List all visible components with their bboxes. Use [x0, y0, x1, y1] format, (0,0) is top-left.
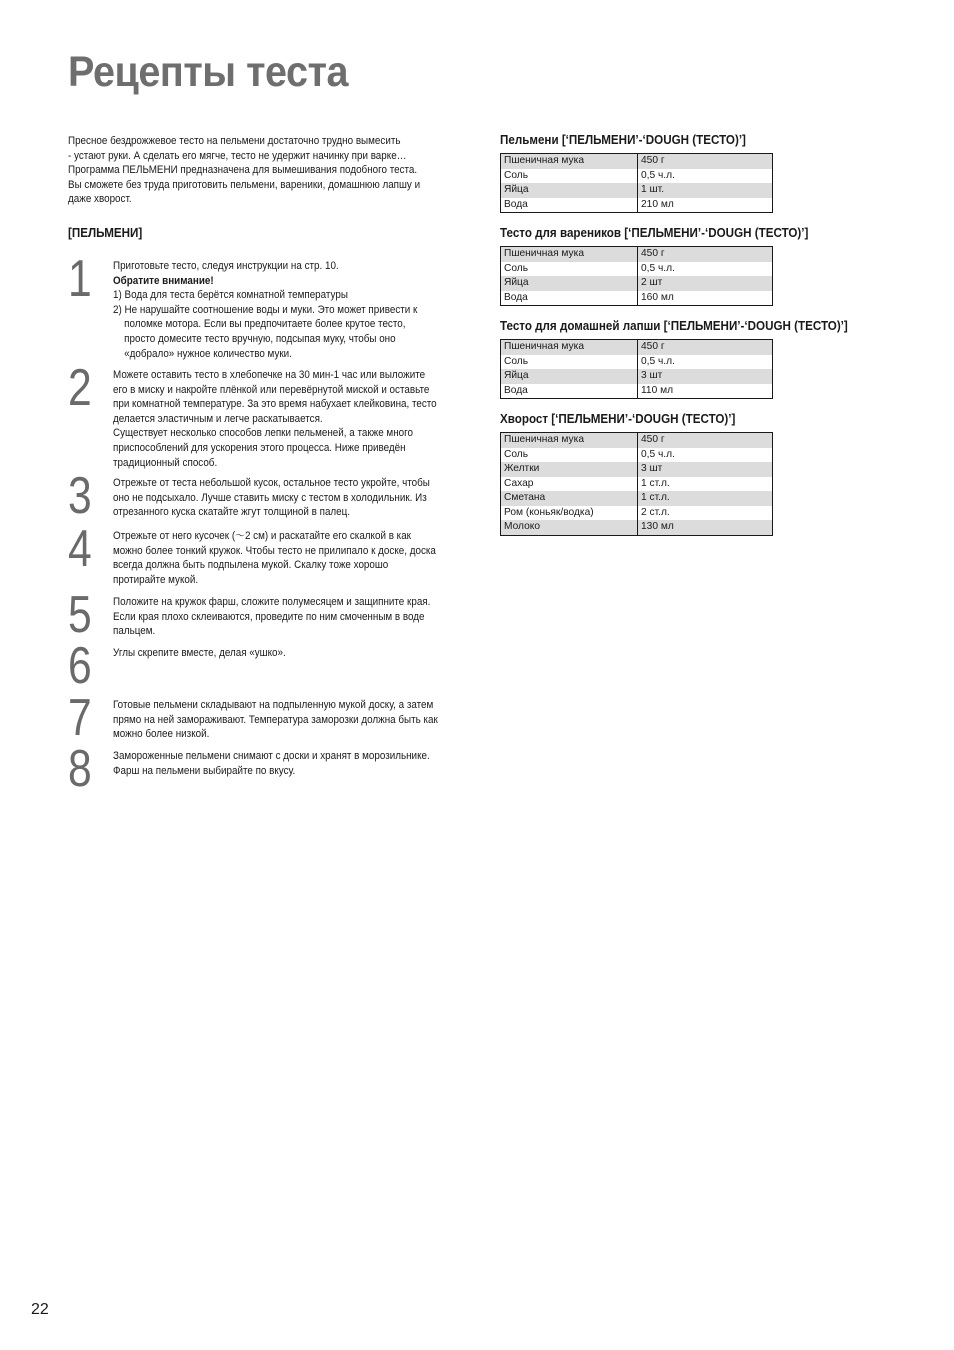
table-row: Молоко130 мл [501, 520, 773, 535]
intro-line: Пресное бездрожжевое тесто на пельмени д… [68, 134, 431, 149]
step-text: Можете оставить тесто в хлебопечке на 30… [113, 368, 439, 470]
step-line: Положите на кружок фарш, сложите полумес… [113, 595, 439, 639]
ingredient-name: Ром (коньяк/водка) [501, 506, 638, 521]
step-text: Отрежьте от теста небольшой кусок, остал… [113, 476, 439, 520]
ingredient-amount: 3 шт [638, 369, 773, 384]
recipe-block: Хворост [‘ПЕЛЬМЕНИ’-‘DOUGH (ТЕСТО)’]Пшен… [500, 412, 920, 536]
ingredient-amount: 1 ст.л. [638, 491, 773, 506]
table-row: Пшеничная мука450 г [501, 340, 773, 355]
ingredient-amount: 450 г [638, 247, 773, 262]
table-row: Желтки3 шт [501, 462, 773, 477]
ingredient-amount: 110 мл [638, 384, 773, 399]
intro-line: даже хворост. [68, 192, 431, 207]
step-text: Положите на кружок фарш, сложите полумес… [113, 595, 439, 639]
section-title: [ПЕЛЬМЕНИ] [68, 226, 142, 240]
recipe-title: Тесто для вареников [‘ПЕЛЬМЕНИ’-‘DOUGH (… [500, 226, 891, 242]
step-text: Готовые пельмени складывают на подпыленн… [113, 698, 439, 742]
table-row: Пшеничная мука450 г [501, 154, 773, 169]
ingredient-amount: 130 мл [638, 520, 773, 535]
ingredient-name: Соль [501, 355, 638, 370]
table-row: Соль0,5 ч.л. [501, 448, 773, 463]
page-title: Рецепты теста [68, 48, 348, 97]
ingredient-amount: 3 шт [638, 462, 773, 477]
step-number: 4 [68, 523, 92, 575]
step-number: 7 [68, 692, 92, 744]
step-text: Отрежьте от него кусочек (～2 см) и раска… [113, 529, 439, 587]
intro-line: - устают руки. А сделать его мягче, тест… [68, 149, 431, 164]
ingredient-amount: 2 шт [638, 276, 773, 291]
ingredients-table: Пшеничная мука450 гСоль0,5 ч.л.Яйца2 штВ… [500, 246, 773, 306]
ingredient-amount: 0,5 ч.л. [638, 448, 773, 463]
ingredients-table: Пшеничная мука450 гСоль0,5 ч.л.Желтки3 ш… [500, 432, 773, 536]
step-line: Существует несколько способов лепки пель… [113, 426, 439, 470]
ingredient-name: Вода [501, 384, 638, 399]
step-text: Приготовьте тесто, следуя инструкции на … [113, 259, 439, 361]
ingredient-name: Пшеничная мука [501, 247, 638, 262]
ingredient-name: Соль [501, 262, 638, 277]
page-number: 22 [31, 1301, 49, 1319]
ingredient-amount: 0,5 ч.л. [638, 262, 773, 277]
step-number: 1 [68, 253, 92, 305]
step-line: Можете оставить тесто в хлебопечке на 30… [113, 368, 439, 426]
table-row: Сметана1 ст.л. [501, 491, 773, 506]
table-row: Яйца2 шт [501, 276, 773, 291]
table-row: Соль0,5 ч.л. [501, 169, 773, 184]
step-text: Замороженные пельмени снимают с доски и … [113, 749, 439, 778]
ingredient-name: Яйца [501, 183, 638, 198]
table-row: Ром (коньяк/водка)2 ст.л. [501, 506, 773, 521]
step-number: 3 [68, 470, 92, 522]
step-line: Обратите внимание! [113, 274, 439, 289]
step-line: Замороженные пельмени снимают с доски и … [113, 749, 439, 778]
step-line: Отрежьте от него кусочек (～2 см) и раска… [113, 529, 439, 587]
step-number: 5 [68, 589, 92, 641]
step-number: 6 [68, 640, 92, 692]
ingredient-name: Пшеничная мука [501, 154, 638, 169]
ingredient-amount: 1 шт. [638, 183, 773, 198]
ingredients-table: Пшеничная мука450 гСоль0,5 ч.л.Яйца1 шт.… [500, 153, 773, 213]
table-row: Вода160 мл [501, 291, 773, 306]
recipe-block: Тесто для вареников [‘ПЕЛЬМЕНИ’-‘DOUGH (… [500, 226, 920, 306]
table-row: Сахар1 ст.л. [501, 477, 773, 492]
ingredient-name: Соль [501, 169, 638, 184]
table-row: Пшеничная мука450 г [501, 247, 773, 262]
table-row: Яйца3 шт [501, 369, 773, 384]
ingredient-name: Вода [501, 198, 638, 213]
ingredient-name: Сметана [501, 491, 638, 506]
ingredient-name: Сахар [501, 477, 638, 492]
step-text: Углы скрепите вместе, делая «ушко». [113, 646, 439, 661]
table-row: Яйца1 шт. [501, 183, 773, 198]
table-row: Соль0,5 ч.л. [501, 262, 773, 277]
recipe-block: Пельмени [‘ПЕЛЬМЕНИ’-‘DOUGH (ТЕСТО)’]Пше… [500, 133, 920, 213]
ingredient-name: Молоко [501, 520, 638, 535]
ingredient-amount: 450 г [638, 340, 773, 355]
ingredient-name: Соль [501, 448, 638, 463]
ingredient-name: Пшеничная мука [501, 340, 638, 355]
ingredient-amount: 1 ст.л. [638, 477, 773, 492]
ingredients-table: Пшеничная мука450 гСоль0,5 ч.л.Яйца3 штВ… [500, 339, 773, 399]
intro-line: Программа ПЕЛЬМЕНИ предназначена для вым… [68, 163, 431, 178]
step-number: 8 [68, 743, 92, 795]
recipe-block: Тесто для домашней лапши [‘ПЕЛЬМЕНИ’-‘DO… [500, 319, 920, 399]
intro-line: Вы сможете без труда приготовить пельмен… [68, 178, 431, 193]
ingredient-amount: 2 ст.л. [638, 506, 773, 521]
ingredient-name: Вода [501, 291, 638, 306]
table-row: Пшеничная мука450 г [501, 433, 773, 448]
ingredient-name: Желтки [501, 462, 638, 477]
ingredient-name: Яйца [501, 276, 638, 291]
recipe-title: Пельмени [‘ПЕЛЬМЕНИ’-‘DOUGH (ТЕСТО)’] [500, 133, 891, 149]
step-line: 2) Не нарушайте соотношение воды и муки.… [113, 303, 439, 361]
ingredient-amount: 0,5 ч.л. [638, 355, 773, 370]
ingredient-amount: 450 г [638, 433, 773, 448]
ingredient-name: Пшеничная мука [501, 433, 638, 448]
step-line: Готовые пельмени складывают на подпыленн… [113, 698, 439, 742]
step-line: Приготовьте тесто, следуя инструкции на … [113, 259, 439, 274]
ingredient-name: Яйца [501, 369, 638, 384]
ingredient-amount: 210 мл [638, 198, 773, 213]
step-line: Углы скрепите вместе, делая «ушко». [113, 646, 439, 661]
ingredient-amount: 0,5 ч.л. [638, 169, 773, 184]
step-number: 2 [68, 362, 92, 414]
step-line: 1) Вода для теста берётся комнатной темп… [113, 288, 439, 303]
step-line: Отрежьте от теста небольшой кусок, остал… [113, 476, 439, 520]
recipe-title: Хворост [‘ПЕЛЬМЕНИ’-‘DOUGH (ТЕСТО)’] [500, 412, 891, 428]
table-row: Вода210 мл [501, 198, 773, 213]
table-row: Вода110 мл [501, 384, 773, 399]
ingredient-amount: 160 мл [638, 291, 773, 306]
recipe-title: Тесто для домашней лапши [‘ПЕЛЬМЕНИ’-‘DO… [500, 319, 891, 335]
table-row: Соль0,5 ч.л. [501, 355, 773, 370]
ingredient-amount: 450 г [638, 154, 773, 169]
intro-paragraph: Пресное бездрожжевое тесто на пельмени д… [68, 134, 431, 207]
